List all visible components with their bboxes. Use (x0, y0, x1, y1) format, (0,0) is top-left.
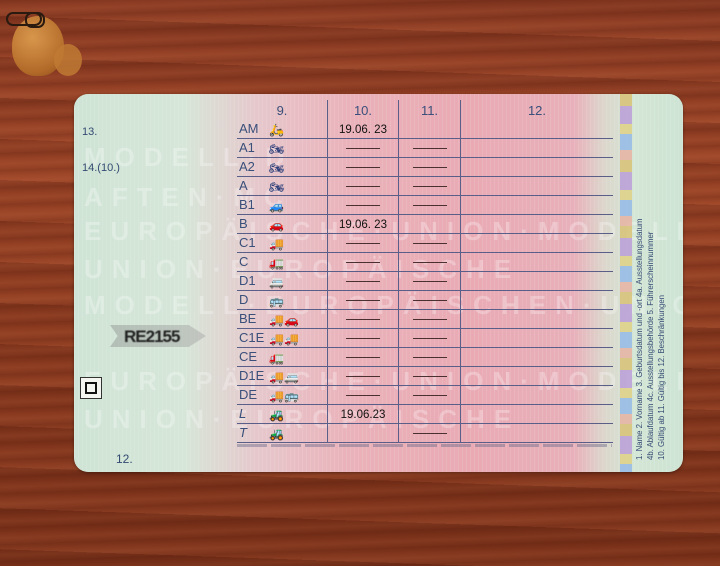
valid_from: 19.06. 23 (339, 219, 387, 231)
not-applicable-dash (413, 205, 447, 206)
category-row: L🚜19.06.23 (237, 405, 613, 424)
not-applicable-dash (413, 167, 447, 168)
category-code: D1E (237, 368, 269, 383)
category-row: AM🛵19.06. 23 (237, 120, 613, 139)
not-applicable-dash (413, 186, 447, 187)
category-code: D1 (237, 273, 269, 288)
column-header-9: 9. (237, 100, 328, 120)
category-code: C1E (237, 330, 269, 345)
restrictions-cell (461, 139, 614, 158)
not-applicable-dash (346, 395, 380, 396)
not-applicable-dash (413, 319, 447, 320)
category-row: C🚛 (237, 253, 613, 272)
minibus-with-trailer-icon: 🚚🚐 (269, 370, 299, 384)
not-applicable-dash (346, 338, 380, 339)
restrictions-cell (461, 424, 614, 443)
category-code: L (237, 406, 269, 421)
not-applicable-dash (346, 357, 380, 358)
tractor-icon: 🚜 (269, 408, 284, 422)
category-row: D1🚐 (237, 272, 613, 291)
not-applicable-dash (413, 300, 447, 301)
category-code: C (237, 254, 269, 269)
restrictions-cell (461, 386, 614, 405)
category-row: A2🏍 (237, 158, 613, 177)
minibus-icon: 🚐 (269, 275, 284, 289)
not-applicable-dash (346, 376, 380, 377)
not-applicable-dash (346, 167, 380, 168)
motorcycle-icon: 🏍 (269, 161, 284, 175)
light-truck-icon: 🚚 (269, 237, 284, 251)
category-row: D1E🚚🚐 (237, 367, 613, 386)
field-14-label: 14.(10.) (82, 162, 120, 174)
category-code: A2 (237, 159, 269, 174)
restrictions-cell (461, 120, 614, 139)
not-applicable-dash (413, 433, 447, 434)
restrictions-cell (461, 158, 614, 177)
quad-vehicle-icon: 🚙 (269, 199, 284, 213)
category-row: CE🚛 (237, 348, 613, 367)
light-motorcycle-icon: 🏍 (269, 142, 284, 156)
restrictions-cell (461, 348, 614, 367)
column-header-12: 12. (461, 100, 614, 120)
category-code: A1 (237, 140, 269, 155)
light-truck-with-trailer-icon: 🚚🚚 (269, 332, 299, 346)
mascot-watermark-icon (4, 4, 82, 78)
category-row: A🏍 (237, 177, 613, 196)
microtext-line (237, 444, 612, 447)
restrictions-cell (461, 405, 614, 424)
restrictions-cell (461, 215, 614, 234)
agricultural-tractor-icon: 🚜 (269, 427, 284, 441)
restrictions-cell (461, 196, 614, 215)
column-header-10: 10. (328, 100, 399, 120)
driving-licence-card-back: MODELL·D AFTEN·MC EUROPÄISCHE·UNION·MODE… (74, 94, 683, 472)
category-row: DE🚚🚌 (237, 386, 613, 405)
category-row: D🚌 (237, 291, 613, 310)
valid_from: 19.06. 23 (339, 124, 387, 136)
not-applicable-dash (346, 186, 380, 187)
category-code: AM (237, 121, 269, 136)
category-code: T (237, 425, 269, 440)
articulated-truck-icon: 🚛 (269, 351, 284, 365)
category-code: B (237, 216, 269, 231)
category-row: A1🏍 (237, 139, 613, 158)
bus-with-trailer-icon: 🚚🚌 (269, 389, 299, 403)
category-row: BE🚚🚗 (237, 310, 613, 329)
car-with-trailer-icon: 🚚🚗 (269, 313, 299, 327)
heavy-motorcycle-icon: 🏍 (269, 180, 284, 194)
car-icon: 🚗 (269, 218, 284, 232)
category-row: C1🚚 (237, 234, 613, 253)
field-legend: 1. Name 2. Vorname 3. Geburtsdatum und -… (634, 115, 667, 460)
restrictions-cell (461, 367, 614, 386)
category-code: CE (237, 349, 269, 364)
column-header-11: 11. (399, 100, 461, 120)
category-code: DE (237, 387, 269, 402)
moped-icon: 🛵 (269, 123, 284, 137)
truck-icon: 🚛 (269, 256, 284, 270)
category-row: C1E🚚🚚 (237, 329, 613, 348)
not-applicable-dash (413, 376, 447, 377)
category-code: A (237, 178, 269, 193)
valid_from: 19.06.23 (341, 409, 386, 421)
field-12-label: 12. (116, 452, 133, 466)
not-applicable-dash (413, 395, 447, 396)
restrictions-cell (461, 234, 614, 253)
not-applicable-dash (413, 243, 447, 244)
hologram-stripe (620, 94, 632, 472)
restrictions-cell (461, 253, 614, 272)
serial-number: RE2155 (110, 325, 206, 347)
not-applicable-dash (346, 243, 380, 244)
restrictions-cell (461, 329, 614, 348)
not-applicable-dash (413, 357, 447, 358)
restrictions-cell (461, 272, 614, 291)
restrictions-cell (461, 177, 614, 196)
not-applicable-dash (413, 262, 447, 263)
not-applicable-dash (346, 148, 380, 149)
category-row: B1🚙 (237, 196, 613, 215)
category-row: B🚗19.06. 23 (237, 215, 613, 234)
not-applicable-dash (413, 338, 447, 339)
category-code: B1 (237, 197, 269, 212)
category-code: D (237, 292, 269, 307)
not-applicable-dash (346, 205, 380, 206)
alignment-mark-icon (80, 377, 102, 399)
category-code: BE (237, 311, 269, 326)
not-applicable-dash (413, 148, 447, 149)
category-code: C1 (237, 235, 269, 250)
bus-icon: 🚌 (269, 294, 284, 308)
restrictions-cell (461, 291, 614, 310)
not-applicable-dash (346, 319, 380, 320)
not-applicable-dash (346, 281, 380, 282)
category-row: T🚜 (237, 424, 613, 443)
licence-categories-table: 9. 10. 11. 12. AM🛵19.06. 23A1🏍A2🏍A🏍B1🚙B🚗… (237, 100, 613, 443)
not-applicable-dash (346, 262, 380, 263)
restrictions-cell (461, 310, 614, 329)
not-applicable-dash (413, 281, 447, 282)
field-13-label: 13. (82, 126, 97, 138)
not-applicable-dash (346, 300, 380, 301)
